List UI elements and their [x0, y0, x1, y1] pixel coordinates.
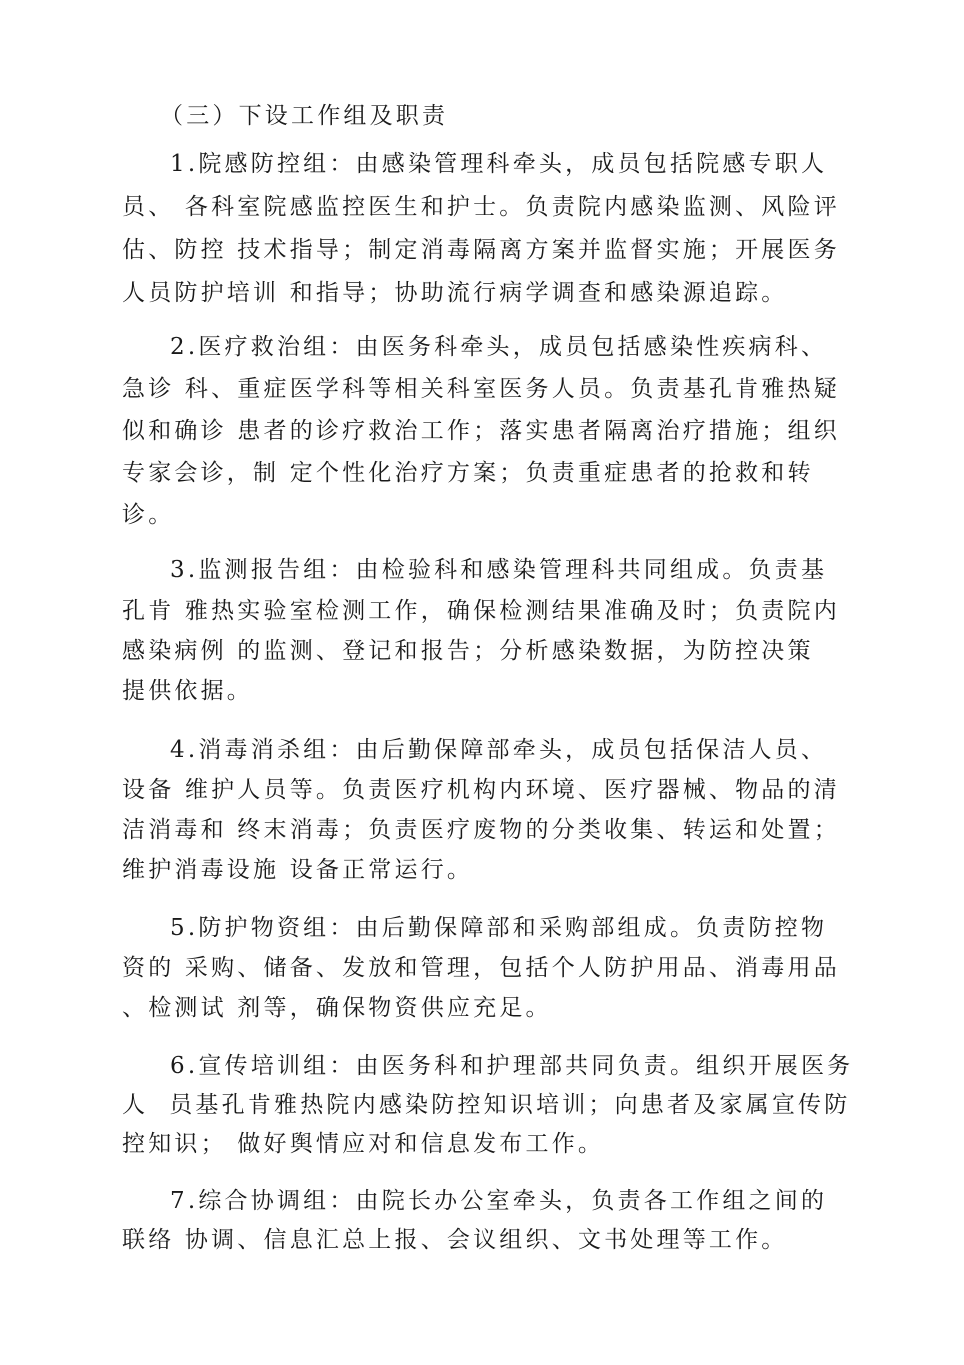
paragraph-line: 设备 维护人员等。负责医疗机构内环境、医疗器械、物品的清: [122, 776, 840, 804]
paragraph-line: 专家会诊，制 定个性化治疗方案；负责重症患者的抢救和转: [122, 459, 814, 487]
paragraph-line: 资的 采购、储备、发放和管理，包括个人防护用品、消毒用品: [122, 954, 840, 982]
paragraph-line: 3.监测报告组：由检验科和感染管理科共同组成。负责基: [170, 556, 827, 584]
paragraph-line: 孔肯 雅热实验室检测工作，确保检测结果准确及时；负责院内: [122, 597, 840, 625]
paragraph-line: 洁消毒和 终末消毒；负责医疗废物的分类收集、转运和处置；: [122, 816, 840, 844]
paragraph-line: 似和确诊 患者的诊疗救治工作；落实患者隔离治疗措施；组织: [122, 417, 840, 445]
paragraph-line: 2.医疗救治组：由医务科牵头，成员包括感染性疾病科、: [170, 333, 827, 361]
paragraph-line: 5.防护物资组：由后勤保障部和采购部组成。负责防控物: [170, 914, 827, 942]
paragraph-line: 员、 各科室院感监控医生和护士。负责院内感染监测、风险评: [122, 193, 840, 221]
paragraph-line: 7.综合协调组：由院长办公室牵头，负责各工作组之间的: [170, 1187, 827, 1215]
paragraph-line: 提供依据。: [122, 677, 253, 705]
paragraph-line: 人 员基孔肯雅热院内感染防控知识培训；向患者及家属宣传防: [122, 1091, 850, 1119]
paragraph-line: 、检测试 剂等，确保物资供应充足。: [122, 994, 552, 1022]
document-page: （三）下设工作组及职责 1.院感防控组：由感染管理科牵头，成员包括院感专职人 员…: [0, 0, 964, 1365]
paragraph-line: 维护消毒设施 设备正常运行。: [122, 856, 473, 884]
paragraph-line: 联络 协调、信息汇总上报、会议组织、文书处理等工作。: [122, 1226, 788, 1254]
paragraph-line: 控知识； 做好舆情应对和信息发布工作。: [122, 1130, 604, 1158]
paragraph-line: 人员防护培训 和指导；协助流行病学调查和感染源追踪。: [122, 279, 788, 307]
paragraph-line: 1.院感防控组：由感染管理科牵头，成员包括院感专职人: [170, 150, 827, 178]
paragraph-line: 6.宣传培训组：由医务科和护理部共同负责。组织开展医务: [170, 1052, 853, 1080]
paragraph-line: 急诊 科、重症医学科等相关科室医务人员。负责基孔肯雅热疑: [122, 375, 840, 403]
paragraph-line: 感染病例 的监测、登记和报告；分析感染数据，为防控决策: [122, 637, 814, 665]
section-heading: （三）下设工作组及职责: [160, 102, 448, 130]
paragraph-line: 诊。: [122, 501, 174, 529]
paragraph-line: 估、防控 技术指导；制定消毒隔离方案并监督实施；开展医务: [122, 236, 840, 264]
paragraph-line: 4.消毒消杀组：由后勤保障部牵头，成员包括保洁人员、: [170, 736, 827, 764]
